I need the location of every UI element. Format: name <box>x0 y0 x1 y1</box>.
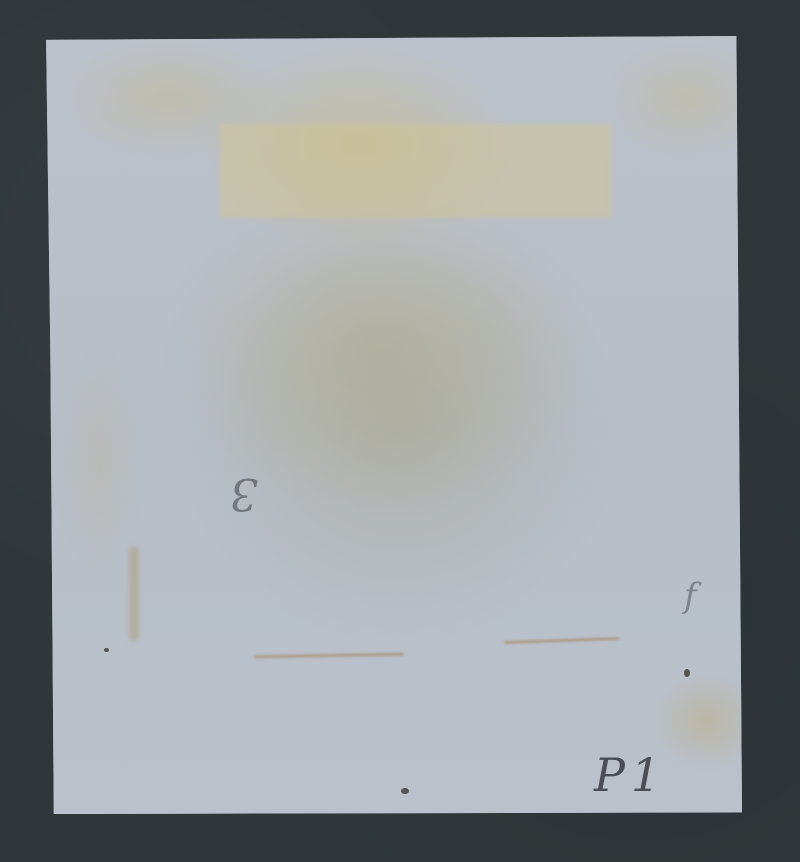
hinge-remnant <box>220 124 612 218</box>
pencil-numeral-3: 3 <box>230 468 258 519</box>
vertical-stain <box>129 546 139 641</box>
design-show-through <box>174 216 624 646</box>
ink-spot-bottom <box>401 788 409 794</box>
stamp-reverse: 3 f P1 <box>44 36 742 814</box>
pencil-annotation-p1: P1 <box>594 748 666 802</box>
ink-spot-left <box>104 648 109 652</box>
ink-spot-right <box>684 669 690 677</box>
brown-stain-line-left <box>254 653 404 659</box>
pencil-mark-right-edge: f <box>684 576 697 616</box>
